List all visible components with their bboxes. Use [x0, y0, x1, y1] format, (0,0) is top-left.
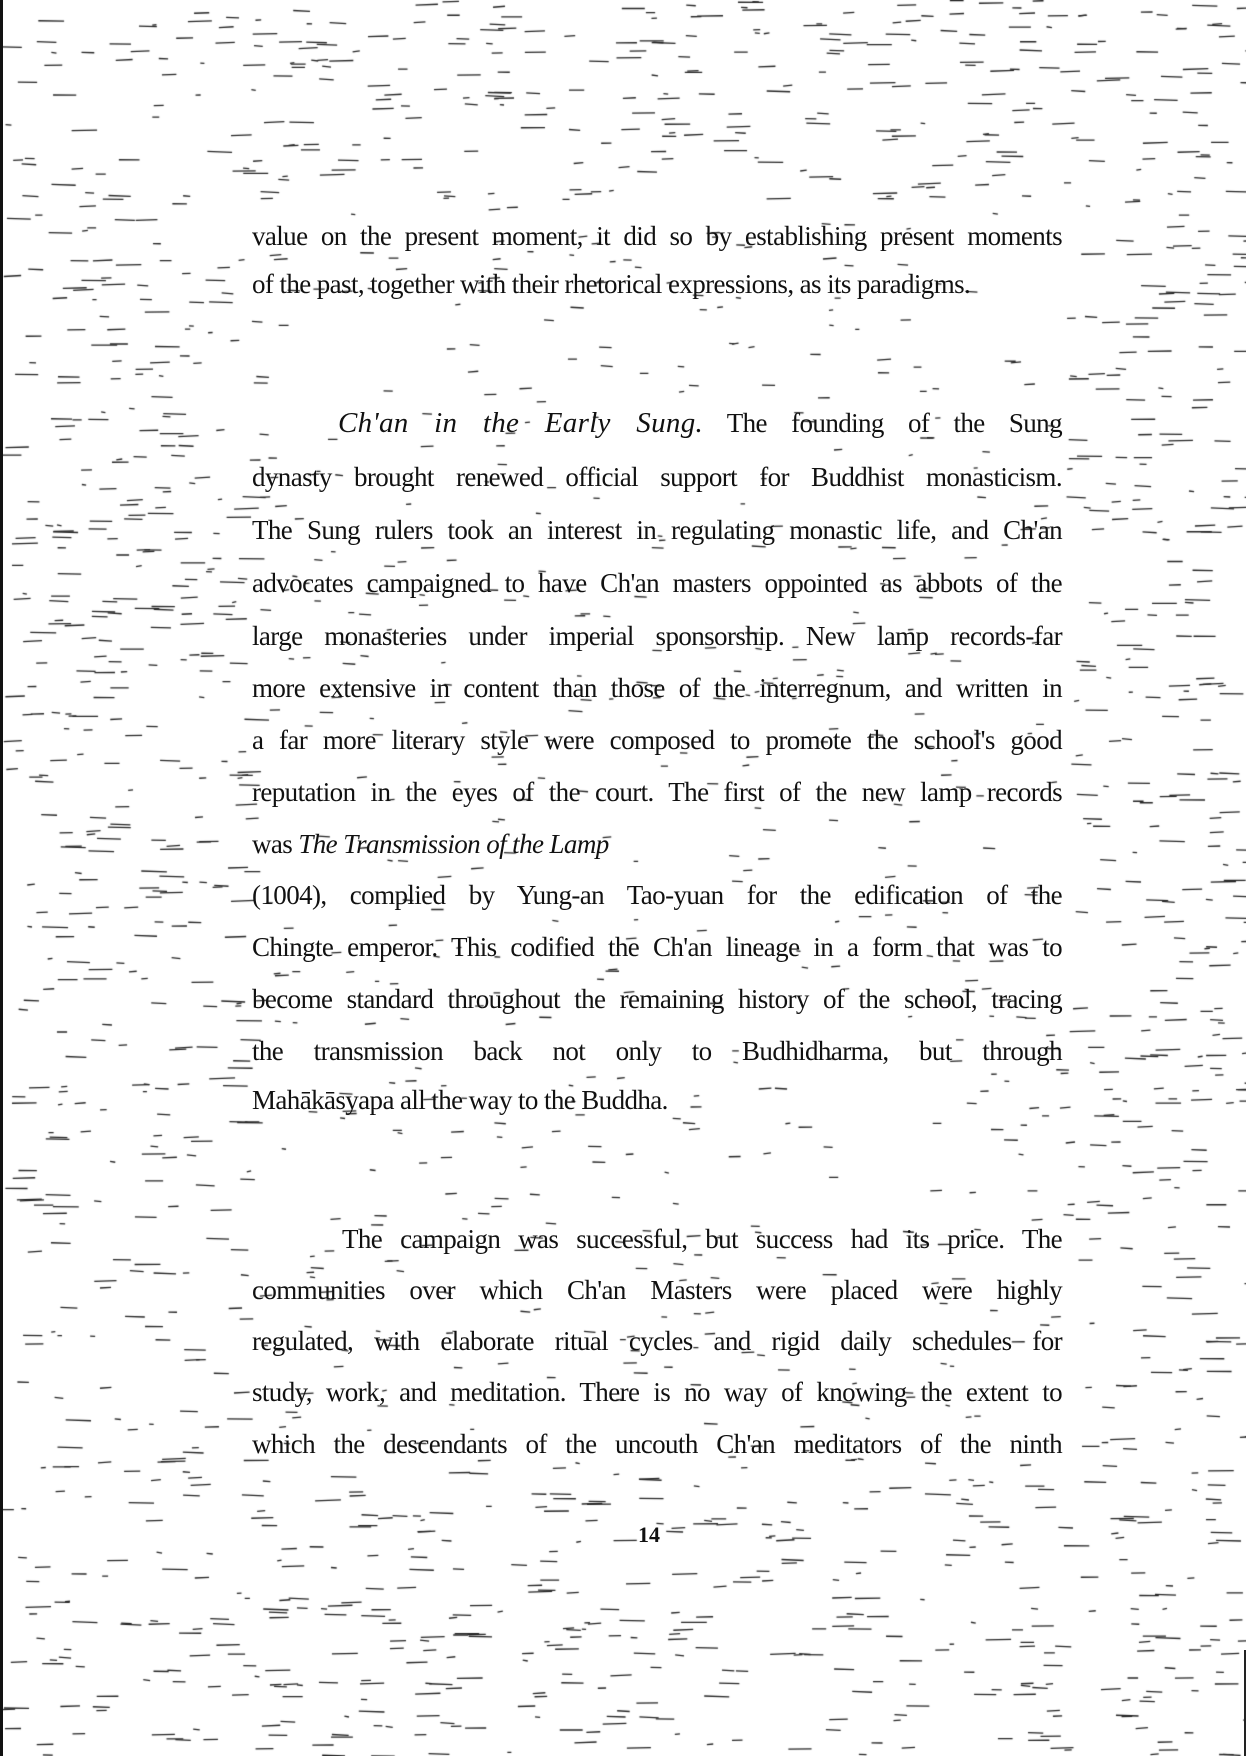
paragraph-line: communities over which Ch'an Masters wer… — [252, 1274, 1062, 1306]
section-heading: Ch'an in the Early Sung. — [338, 407, 703, 439]
paragraph-line-title: was The Transmission of the Lamp — [252, 828, 1062, 860]
paragraph-line: Mahākāsyapa all the way to the Buddha. — [252, 1084, 1062, 1116]
book-title: The Transmission of the Lamp — [298, 829, 608, 859]
paragraph-line: regulated, with elaborate ritual cycles … — [252, 1325, 1062, 1357]
paragraph-line: study, work, and meditation. There is no… — [252, 1376, 1062, 1408]
paragraph-line: of the past, together with their rhetori… — [252, 268, 1062, 300]
paragraph-line: reputation in the eyes of the court. The… — [252, 776, 1062, 808]
paragraph-line: advocates campaigned to have Ch'an maste… — [252, 567, 1062, 599]
paragraph-line: dynasty brought renewed official support… — [252, 461, 1062, 493]
section-first-line-text: The founding of the Sung — [727, 408, 1062, 438]
paragraph-line: more extensive in content than those of … — [252, 672, 1062, 704]
was-text: was — [252, 829, 292, 859]
paragraph-line: Chingte emperor. This codified the Ch'an… — [252, 931, 1062, 963]
section-first-line: Ch'an in the Early Sung. The founding of… — [338, 407, 1062, 439]
paragraph-line: The campaign was successful, but success… — [342, 1223, 1062, 1255]
paragraph-line: the transmission back not only to Budhid… — [252, 1035, 1062, 1067]
paragraph-line: become standard throughout the remaining… — [252, 983, 1062, 1015]
paragraph-line: a far more literary style were composed … — [252, 724, 1062, 756]
paragraph-line: value on the present moment, it did so b… — [252, 220, 1062, 252]
paragraph-line: large monasteries under imperial sponsor… — [252, 620, 1062, 652]
document-page: value on the present moment, it did so b… — [0, 0, 1246, 1756]
paragraph-line: which the descendants of the uncouth Ch'… — [252, 1428, 1062, 1460]
page-number: 14 — [638, 1522, 660, 1548]
paragraph-line: The Sung rulers took an interest in regu… — [252, 514, 1062, 546]
paragraph-line: (1004), complied by Yung-an Tao-yuan for… — [252, 879, 1062, 911]
